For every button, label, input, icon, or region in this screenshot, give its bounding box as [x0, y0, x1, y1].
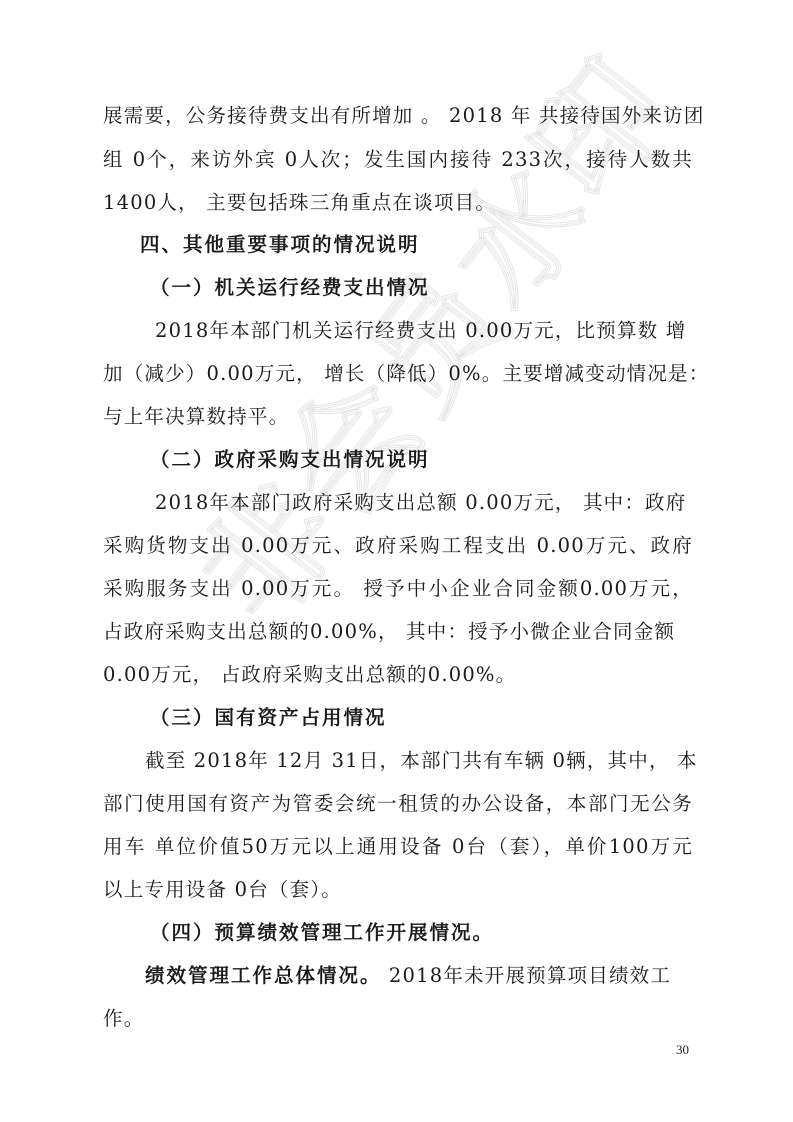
page-number: 30	[676, 1042, 689, 1058]
lead-in-bold: 绩效管理工作总体情况。	[145, 964, 382, 987]
paragraph-line: 2018年本部门机关运行经费支出 0.00万元，比预算数 增	[155, 318, 693, 344]
paragraph-line: 采购服务支出 0.00万元。 授予中小企业合同金额0.00万元，	[103, 576, 693, 602]
paragraph-line: 截至 2018年 12月 31日，本部门共有车辆 0辆，其中， 本	[145, 748, 693, 774]
subsection-heading: （二）政府采购支出情况说明	[150, 447, 740, 473]
paragraph-line: 组 0个，来访外宾 0人次；发生国内接待 233次，接待人数共	[103, 147, 693, 173]
section-heading: 四、其他重要事项的情况说明	[140, 232, 730, 258]
paragraph-line: 绩效管理工作总体情况。 2018年未开展预算项目绩效工	[145, 963, 693, 989]
paragraph-line: 1400人， 主要包括珠三角重点在谈项目。	[103, 190, 693, 216]
paragraph-line: 加（减少）0.00万元， 增长（降低）0%。主要增减变动情况是：	[103, 361, 693, 387]
paragraph-line: 占政府采购支出总额的0.00%， 其中：授予小微企业合同金额	[103, 619, 693, 645]
paragraph-line: 用车 单位价值50万元以上通用设备 0台（套），单价100万元	[103, 834, 693, 860]
subsection-heading: （三）国有资产占用情况	[150, 705, 740, 731]
paragraph-line: 2018年本部门政府采购支出总额 0.00万元， 其中：政府	[155, 490, 693, 516]
paragraph-line: 0.00万元， 占政府采购支出总额的0.00%。	[103, 662, 693, 688]
paragraph-line: 与上年决算数持平。	[103, 404, 693, 430]
paragraph-line: 采购货物支出 0.00万元、政府采购工程支出 0.00万元、政府	[103, 533, 693, 559]
lead-in-text: 2018年未开展预算项目绩效工	[382, 964, 672, 987]
paragraph-line: 展需要，公务接待费支出有所增加 。 2018 年 共接待国外来访团	[103, 103, 693, 129]
subsection-heading: （一）机关运行经费支出情况	[150, 275, 740, 301]
paragraph-line: 作。	[103, 1006, 693, 1032]
document-page: 非会员水印 展需要，公务接待费支出有所增加 。 2018 年 共接待国外来访团 …	[0, 0, 793, 1122]
subsection-heading: （四）预算绩效管理工作开展情况。	[150, 920, 740, 946]
paragraph-line: 部门使用国有资产为管委会统一租赁的办公设备，本部门无公务	[103, 791, 693, 817]
paragraph-line: 以上专用设备 0台（套）。	[103, 877, 693, 903]
